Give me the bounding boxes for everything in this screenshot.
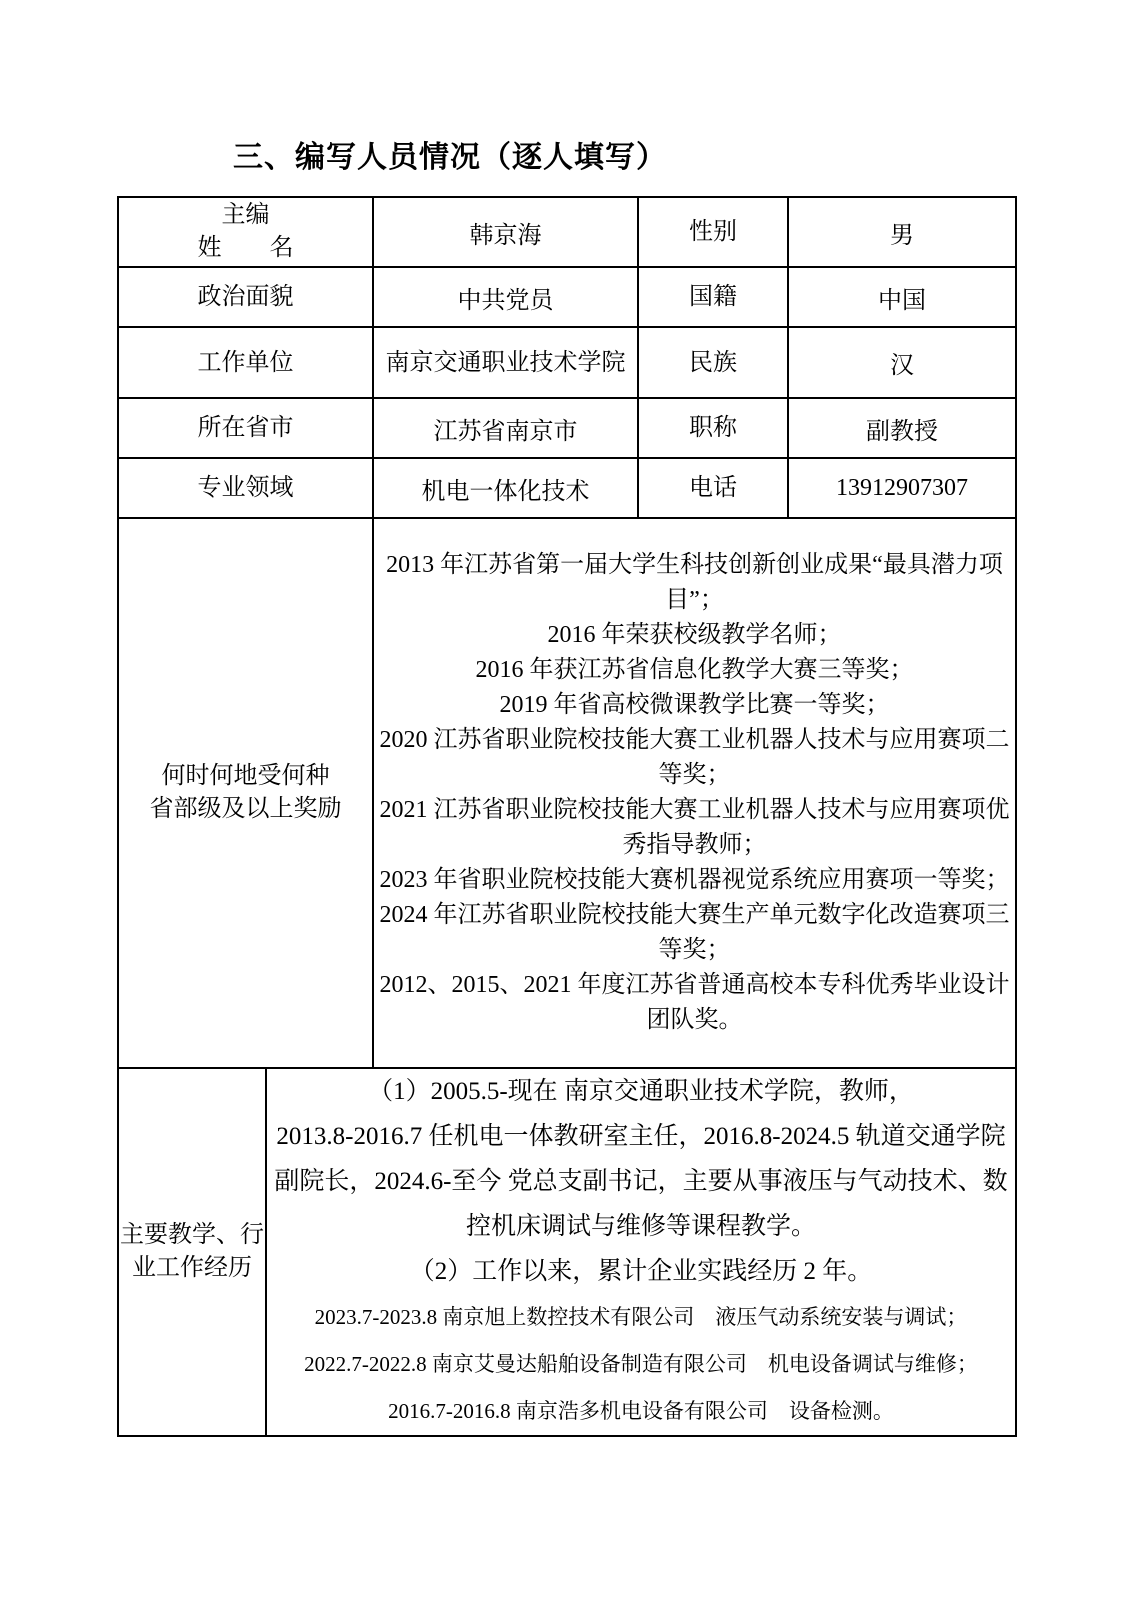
row-experience: 主要教学、行 业工作经历 （1）2005.5-现在 南京交通职业技术学院，教师，…: [118, 1068, 1016, 1436]
award-item: 2023 年省职业院校技能大赛机器视觉系统应用赛项一等奖；: [374, 863, 1015, 898]
awards-label-line1: 何时何地受何种: [119, 760, 372, 793]
company-practice-line: 2022.7-2022.8 南京艾曼达船舶设备制造有限公司 机电设备调试与维修；: [267, 1341, 1015, 1388]
document-page: 三、编写人员情况（逐人填写） 主编 姓 名 韩京海 性别 男 政治面貌 中共党员…: [0, 0, 1131, 1600]
section-title: 三、编写人员情况（逐人填写）: [233, 140, 667, 176]
experience-paragraph: 2013.8-2016.7 任机电一体教研室主任，2016.8-2024.5 轨…: [267, 1114, 1015, 1249]
experience-label-line2: 业工作经历: [119, 1252, 265, 1285]
nationality-value: 中国: [788, 267, 1016, 327]
phone-label: 电话: [638, 458, 788, 518]
awards-content-cell: 2013 年江苏省第一届大学生科技创新创业成果“最具潜力项目”； 2016 年荣…: [373, 518, 1016, 1068]
award-item: 2016 年荣获校级教学名师；: [374, 618, 1015, 653]
row-province: 所在省市 江苏省南京市 职称 副教授: [118, 398, 1016, 458]
work-unit-label: 工作单位: [118, 327, 373, 398]
political-status-label: 政治面貌: [118, 267, 373, 327]
name-label: 姓 名: [119, 232, 372, 265]
province-city-label: 所在省市: [118, 398, 373, 458]
experience-paragraph: （2）工作以来，累计企业实践经历 2 年。: [267, 1249, 1015, 1294]
experience-label-line1: 主要教学、行: [119, 1219, 265, 1252]
name-label-cell: 主编 姓 名: [118, 197, 373, 267]
gender-value: 男: [788, 197, 1016, 267]
row-awards: 何时何地受何种 省部级及以上奖励 2013 年江苏省第一届大学生科技创新创业成果…: [118, 518, 1016, 1068]
title-rank-label: 职称: [638, 398, 788, 458]
ethnicity-label: 民族: [638, 327, 788, 398]
experience-paragraph: （1）2005.5-现在 南京交通职业技术学院，教师，: [267, 1069, 1015, 1114]
award-item: 2013 年江苏省第一届大学生科技创新创业成果“最具潜力项目”；: [374, 548, 1015, 618]
name-value: 韩京海: [373, 197, 638, 267]
award-item: 2020 江苏省职业院校技能大赛工业机器人技术与应用赛项二等奖；: [374, 723, 1015, 793]
company-practice-line: 2016.7-2016.8 南京浩多机电设备有限公司 设备检测。: [267, 1388, 1015, 1435]
award-item: 2021 江苏省职业院校技能大赛工业机器人技术与应用赛项优秀指导教师；: [374, 793, 1015, 863]
experience-content-cell: （1）2005.5-现在 南京交通职业技术学院，教师， 2013.8-2016.…: [266, 1068, 1016, 1436]
title-rank-value: 副教授: [788, 398, 1016, 458]
awards-label-cell: 何时何地受何种 省部级及以上奖励: [118, 518, 373, 1068]
company-practice-line: 2023.7-2023.8 南京旭上数控技术有限公司 液压气动系统安装与调试；: [267, 1294, 1015, 1341]
specialty-value: 机电一体化技术: [373, 458, 638, 518]
row-specialty: 专业领域 机电一体化技术 电话 13912907307: [118, 458, 1016, 518]
row-name: 主编 姓 名 韩京海 性别 男: [118, 197, 1016, 267]
row-politics: 政治面貌 中共党员 国籍 中国: [118, 267, 1016, 327]
award-item: 2016 年获江苏省信息化教学大赛三等奖；: [374, 653, 1015, 688]
gender-label: 性别: [638, 197, 788, 267]
specialty-label: 专业领域: [118, 458, 373, 518]
ethnicity-value: 汉: [788, 327, 1016, 398]
row-workplace: 工作单位 南京交通职业技术学院 民族 汉: [118, 327, 1016, 398]
awards-label-line2: 省部级及以上奖励: [119, 793, 372, 826]
work-unit-value: 南京交通职业技术学院: [373, 327, 638, 398]
award-item: 2024 年江苏省职业院校技能大赛生产单元数字化改造赛项三等奖；: [374, 898, 1015, 968]
province-city-value: 江苏省南京市: [373, 398, 638, 458]
experience-label-cell: 主要教学、行 业工作经历: [118, 1068, 266, 1436]
phone-value: 13912907307: [788, 458, 1016, 518]
nationality-label: 国籍: [638, 267, 788, 327]
award-item: 2012、2015、2021 年度江苏省普通高校本专科优秀毕业设计团队奖。: [374, 968, 1015, 1038]
political-status-value: 中共党员: [373, 267, 638, 327]
chief-editor-label: 主编: [119, 199, 372, 232]
award-item: 2019 年省高校微课教学比赛一等奖；: [374, 688, 1015, 723]
personnel-table: 主编 姓 名 韩京海 性别 男 政治面貌 中共党员 国籍 中国 工作单位 南京交…: [117, 196, 1017, 1437]
